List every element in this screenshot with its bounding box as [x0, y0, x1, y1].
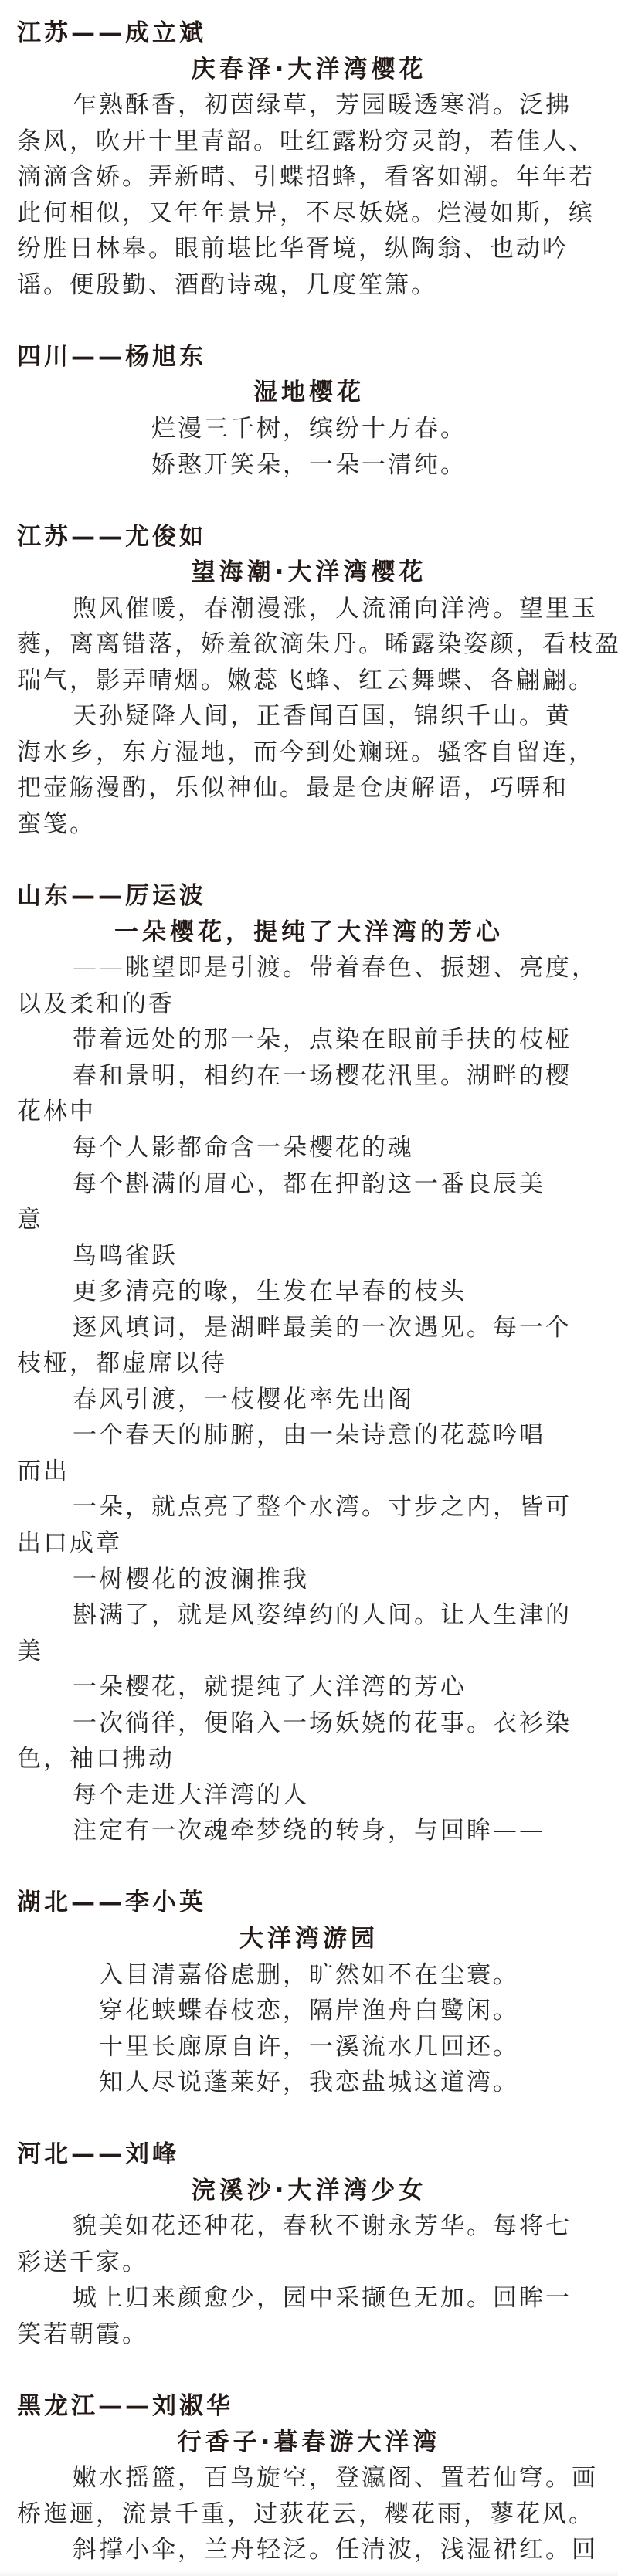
poem-line: 一朵樱花，就提纯了大洋湾的芳心 — [0, 1669, 618, 1705]
poem-section: 江苏——成立斌庆春泽·大洋湾樱花乍熟酥香，初茵绿草，芳园暖透寒消。泛拂条风，吹开… — [0, 15, 618, 339]
article-page: 江苏——成立斌庆春泽·大洋湾樱花乍熟酥香，初茵绿草，芳园暖透寒消。泛拂条风，吹开… — [0, 15, 618, 2568]
section-spacer — [0, 1849, 618, 1885]
poem-line: 枝桠，都虚席以待 — [0, 1346, 618, 1382]
poem-line: 每个人影都命含一朵樱花的魂 — [0, 1130, 618, 1166]
section-spacer — [0, 843, 618, 879]
poem-line: 蕤，离离错落，娇羞欲滴朱丹。晞露染姿颜，看枝盈 — [0, 626, 618, 663]
poem-line: 穿花蛱蝶春枝恋，隔岸渔舟白鹭闲。 — [0, 1993, 618, 2029]
poem-line: 煦风催暖，春潮漫涨，人流涌向洋湾。望里玉 — [0, 591, 618, 627]
poem-line: 彩送千家。 — [0, 2245, 618, 2281]
poem-line: 纷胜日林皋。眼前堪比华胥境，纵陶翁、也动吟 — [0, 231, 618, 267]
poem-line: 色，袖口拂动 — [0, 1741, 618, 1777]
poem-line: 注定有一次魂牵梦绕的转身，与回眸—— — [0, 1813, 618, 1849]
author-heading: 四川——杨旭东 — [0, 339, 618, 375]
section-spacer — [0, 2353, 618, 2389]
poem-line: 知人尽说蓬莱好，我恋盐城这道湾。 — [0, 2065, 618, 2101]
poem-line: 出口成章 — [0, 1526, 618, 1562]
poem-line: 桥迤逦，流景千重，过荻花云，樱花雨，蓼花风。 — [0, 2496, 618, 2533]
poem-line: 条风，吹开十里青韶。吐红露粉穷灵韵，若佳人、 — [0, 124, 618, 160]
author-heading: 湖北——李小英 — [0, 1885, 618, 1921]
poem-line: 每个斟满的眉心，都在押韵这一番良辰美 — [0, 1166, 618, 1203]
poem-line: 花林中 — [0, 1094, 618, 1130]
poem-line: 带着远处的那一朵，点染在眼前手扶的枝桠 — [0, 1022, 618, 1058]
author-heading: 山东——厉运波 — [0, 878, 618, 915]
poem-line: 一树樱花的波澜推我 — [0, 1562, 618, 1598]
poem-line: 十里长廊原自许，一溪流水几回还。 — [0, 2029, 618, 2065]
section-spacer — [0, 303, 618, 339]
poem-line: 每个走进大洋湾的人 — [0, 1777, 618, 1814]
author-heading: 河北——刘峰 — [0, 2136, 618, 2173]
section-spacer — [0, 2101, 618, 2137]
poem-line: 笑若朝霞。 — [0, 2316, 618, 2353]
poem-line: 乍熟酥香，初茵绿草，芳园暖透寒消。泛拂 — [0, 87, 618, 124]
poem-line: 春风引渡，一枝樱花率先出阁 — [0, 1382, 618, 1418]
author-heading: 江苏——尤俊如 — [0, 519, 618, 555]
poem-line: 意 — [0, 1202, 618, 1238]
poem-line: 春和景明，相约在一场樱花汛里。湖畔的樱 — [0, 1058, 618, 1095]
poem-line: 以及柔和的香 — [0, 986, 618, 1023]
poem-section: 山东——厉运波一朵樱花，提纯了大洋湾的芳心——眺望即是引渡。带着春色、振翅、亮度… — [0, 878, 618, 1885]
poem-line: 谣。便殷勤、酒酌诗魂，几度笙箫。 — [0, 267, 618, 304]
poem-title: 庆春泽·大洋湾樱花 — [0, 52, 618, 88]
poem-line: 而出 — [0, 1454, 618, 1490]
poem-section: 湖北——李小英大洋湾游园入目清嘉俗虑删，旷然如不在尘寰。穿花蛱蝶春枝恋，隔岸渔舟… — [0, 1885, 618, 2136]
poem-line: 此何相似，又年年景异，不尽妖娆。烂漫如斯，缤 — [0, 195, 618, 232]
poem-line: 逐风填词，是湖畔最美的一次遇见。每一个 — [0, 1310, 618, 1346]
poem-line: 瑞气，影弄晴烟。嫩蕊飞蜂、红云舞蝶、各翩翩。 — [0, 663, 618, 699]
poem-line: 海水乡，东方湿地，而今到处斓斑。骚客自留连， — [0, 735, 618, 771]
poem-section: 江苏——尤俊如望海潮·大洋湾樱花煦风催暖，春潮漫涨，人流涌向洋湾。望里玉蕤，离离… — [0, 519, 618, 878]
poem-line: 烂漫三千树，缤纷十万春。 — [0, 411, 618, 447]
poem-title: 望海潮·大洋湾樱花 — [0, 555, 618, 591]
poem-line: 天孙疑降人间，正香闻百国，锦织千山。黄 — [0, 698, 618, 735]
poem-line: 入目清嘉俗虑删，旷然如不在尘寰。 — [0, 1957, 618, 1994]
poem-section: 四川——杨旭东湿地樱花烂漫三千树，缤纷十万春。娇憨开笑朵，一朵一清纯。 — [0, 339, 618, 519]
poem-line: 嫩水摇篮，百鸟旋空，登瀛阁、置若仙穹。画 — [0, 2460, 618, 2496]
poem-line: 城上归来颜愈少，园中采撷色无加。回眸一 — [0, 2280, 618, 2316]
author-heading: 江苏——成立斌 — [0, 15, 618, 52]
poem-section: 河北——刘峰浣溪沙·大洋湾少女貌美如花还种花，春秋不谢永芳华。每将七彩送千家。城… — [0, 2136, 618, 2388]
section-spacer — [0, 483, 618, 519]
poem-line: 滴滴含娇。弄新晴、引蝶招蜂，看客如潮。年年若 — [0, 159, 618, 195]
poem-line: 把壶觞漫酌，乐似神仙。最是仓庚解语，巧哢和 — [0, 770, 618, 806]
poem-title: 一朵樱花，提纯了大洋湾的芳心 — [0, 915, 618, 951]
poem-line: 斜撑小伞，兰舟轻泛。任清波，浅湿裙红。回 — [0, 2532, 618, 2568]
poem-title: 浣溪沙·大洋湾少女 — [0, 2173, 618, 2209]
poem-line: 娇憨开笑朵，一朵一清纯。 — [0, 447, 618, 484]
poem-section: 黑龙江——刘淑华行香子·暮春游大洋湾嫩水摇篮，百鸟旋空，登瀛阁、置若仙穹。画桥迤… — [0, 2388, 618, 2568]
poem-title: 大洋湾游园 — [0, 1921, 618, 1957]
poem-line: 一个春天的肺腑，由一朵诗意的花蕊吟唱 — [0, 1417, 618, 1454]
poem-line: ——眺望即是引渡。带着春色、振翅、亮度， — [0, 950, 618, 986]
poem-line: 一朵，就点亮了整个水湾。寸步之内，皆可 — [0, 1489, 618, 1526]
poem-line: 貌美如花还种花，春秋不谢永芳华。每将七 — [0, 2208, 618, 2245]
page-bottom-edge — [0, 2570, 618, 2576]
poem-line: 更多清亮的喙，生发在早春的枝头 — [0, 1274, 618, 1310]
poem-title: 湿地樱花 — [0, 375, 618, 411]
author-heading: 黑龙江——刘淑华 — [0, 2388, 618, 2425]
poem-line: 蛮笺。 — [0, 806, 618, 843]
poem-line: 一次徜徉，便陷入一场妖娆的花事。衣衫染 — [0, 1705, 618, 1742]
poem-title: 行香子·暮春游大洋湾 — [0, 2425, 618, 2461]
poem-line: 斟满了，就是风姿绰约的人间。让人生津的 — [0, 1597, 618, 1634]
poem-line: 美 — [0, 1634, 618, 1670]
poem-line: 鸟鸣雀跃 — [0, 1238, 618, 1274]
